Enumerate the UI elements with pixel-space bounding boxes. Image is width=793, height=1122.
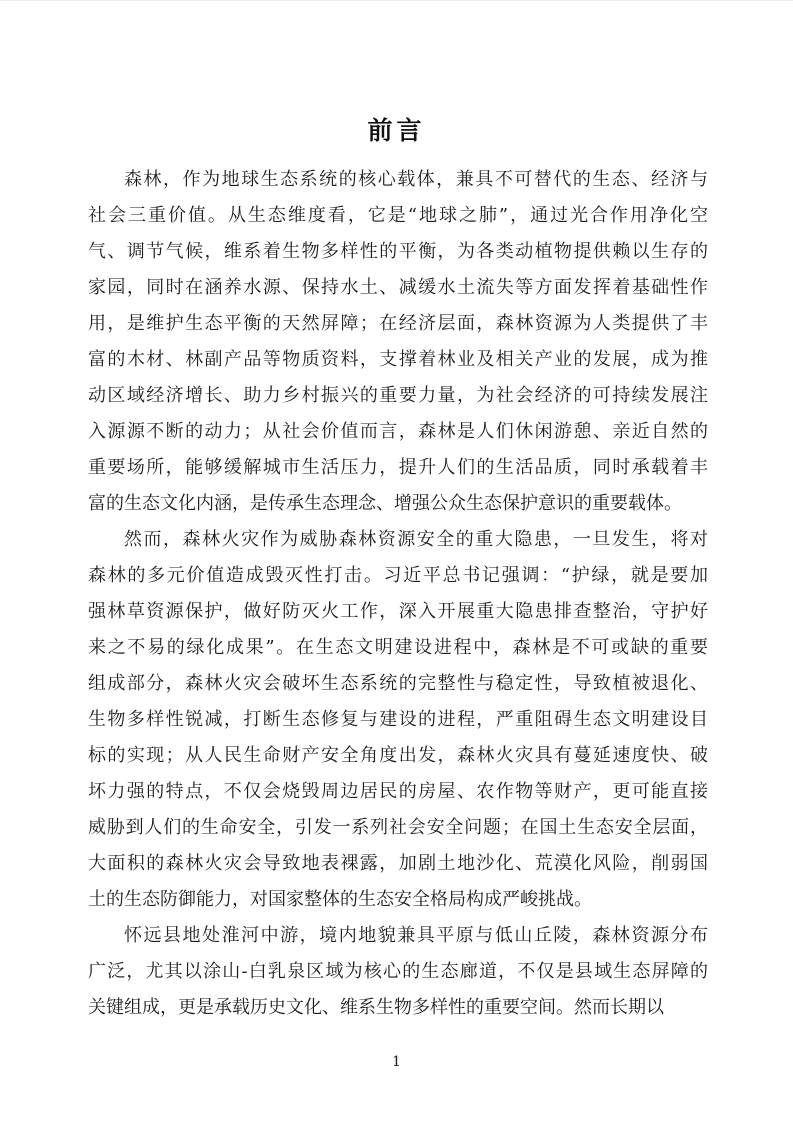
paragraph: 然而，森林火灾作为威胁森林资源安全的重大隐患，一旦发生，将对森林的多元价值造成毁…	[88, 522, 708, 918]
paragraph: 森林，作为地球生态系统的核心载体，兼具不可替代的生态、经济与社会三重价值。从生态…	[88, 162, 708, 522]
text-line: 重要场所，能够缓解城市生活压力，提升人们的生活品质，同时承载着丰	[88, 450, 708, 486]
text-line: 组成部分，森林火灾会破坏生态系统的完整性与稳定性，导致植被退化、	[88, 666, 708, 702]
text-line: 动区域经济增长、助力乡村振兴的重要力量，为社会经济的可持续发展注	[88, 378, 708, 414]
paragraph: 怀远县地处淮河中游，境内地貌兼具平原与低山丘陵，森林资源分布广泛，尤其以涂山-白…	[88, 918, 708, 1026]
text-line: 怀远县地处淮河中游，境内地貌兼具平原与低山丘陵，森林资源分布	[88, 918, 708, 954]
text-line: 生物多样性锐减，打断生态修复与建设的进程，严重阻碍生态文明建设目	[88, 702, 708, 738]
text-line: 关键组成，更是承载历史文化、维系生物多样性的重要空间。然而长期以	[88, 990, 708, 1026]
text-line: 来之不易的绿化成果”。在生态文明建设进程中，森林是不可或缺的重要	[88, 630, 708, 666]
text-line: 强林草资源保护，做好防灭火工作，深入开展重大隐患排查整治，守护好	[88, 594, 708, 630]
page-title: 前言	[0, 113, 793, 149]
text-line: 气、调节气候，维系着生物多样性的平衡，为各类动植物提供赖以生存的	[88, 234, 708, 270]
text-line: 威胁到人们的生命安全，引发一系列社会安全问题；在国土生态安全层面，	[88, 810, 708, 846]
text-line: 标的实现；从人民生命财产安全角度出发，森林火灾具有蔓延速度快、破	[88, 738, 708, 774]
text-line: 大面积的森林火灾会导致地表裸露，加剧土地沙化、荒漠化风险，削弱国	[88, 846, 708, 882]
text-line: 富的生态文化内涵，是传承生态理念、增强公众生态保护意识的重要载体。	[88, 486, 708, 522]
page-number: 1	[392, 1054, 401, 1070]
text-line: 然而，森林火灾作为威胁森林资源安全的重大隐患，一旦发生，将对	[88, 522, 708, 558]
text-line: 广泛，尤其以涂山-白乳泉区域为核心的生态廊道，不仅是县域生态屏障的	[88, 954, 708, 990]
document-body: 森林，作为地球生态系统的核心载体，兼具不可替代的生态、经济与社会三重价值。从生态…	[88, 162, 708, 1026]
text-line: 用，是维护生态平衡的天然屏障；在经济层面，森林资源为人类提供了丰	[88, 306, 708, 342]
text-line: 家园，同时在涵养水源、保持水土、减缓水土流失等方面发挥着基础性作	[88, 270, 708, 306]
text-line: 坏力强的特点，不仅会烧毁周边居民的房屋、农作物等财产，更可能直接	[88, 774, 708, 810]
page-footer: 1	[0, 1051, 793, 1072]
text-line: 入源源不断的动力；从社会价值而言，森林是人们休闲游憩、亲近自然的	[88, 414, 708, 450]
text-line: 富的木材、林副产品等物质资料，支撑着林业及相关产业的发展，成为推	[88, 342, 708, 378]
text-line: 土的生态防御能力，对国家整体的生态安全格局构成严峻挑战。	[88, 882, 708, 918]
text-line: 森林，作为地球生态系统的核心载体，兼具不可替代的生态、经济与	[88, 162, 708, 198]
document-page: 前言 森林，作为地球生态系统的核心载体，兼具不可替代的生态、经济与社会三重价值。…	[0, 0, 793, 1122]
text-line: 森林的多元价值造成毁灭性打击。习近平总书记强调：“护绿，就是要加	[88, 558, 708, 594]
text-line: 社会三重价值。从生态维度看，它是“地球之肺”，通过光合作用净化空	[88, 198, 708, 234]
